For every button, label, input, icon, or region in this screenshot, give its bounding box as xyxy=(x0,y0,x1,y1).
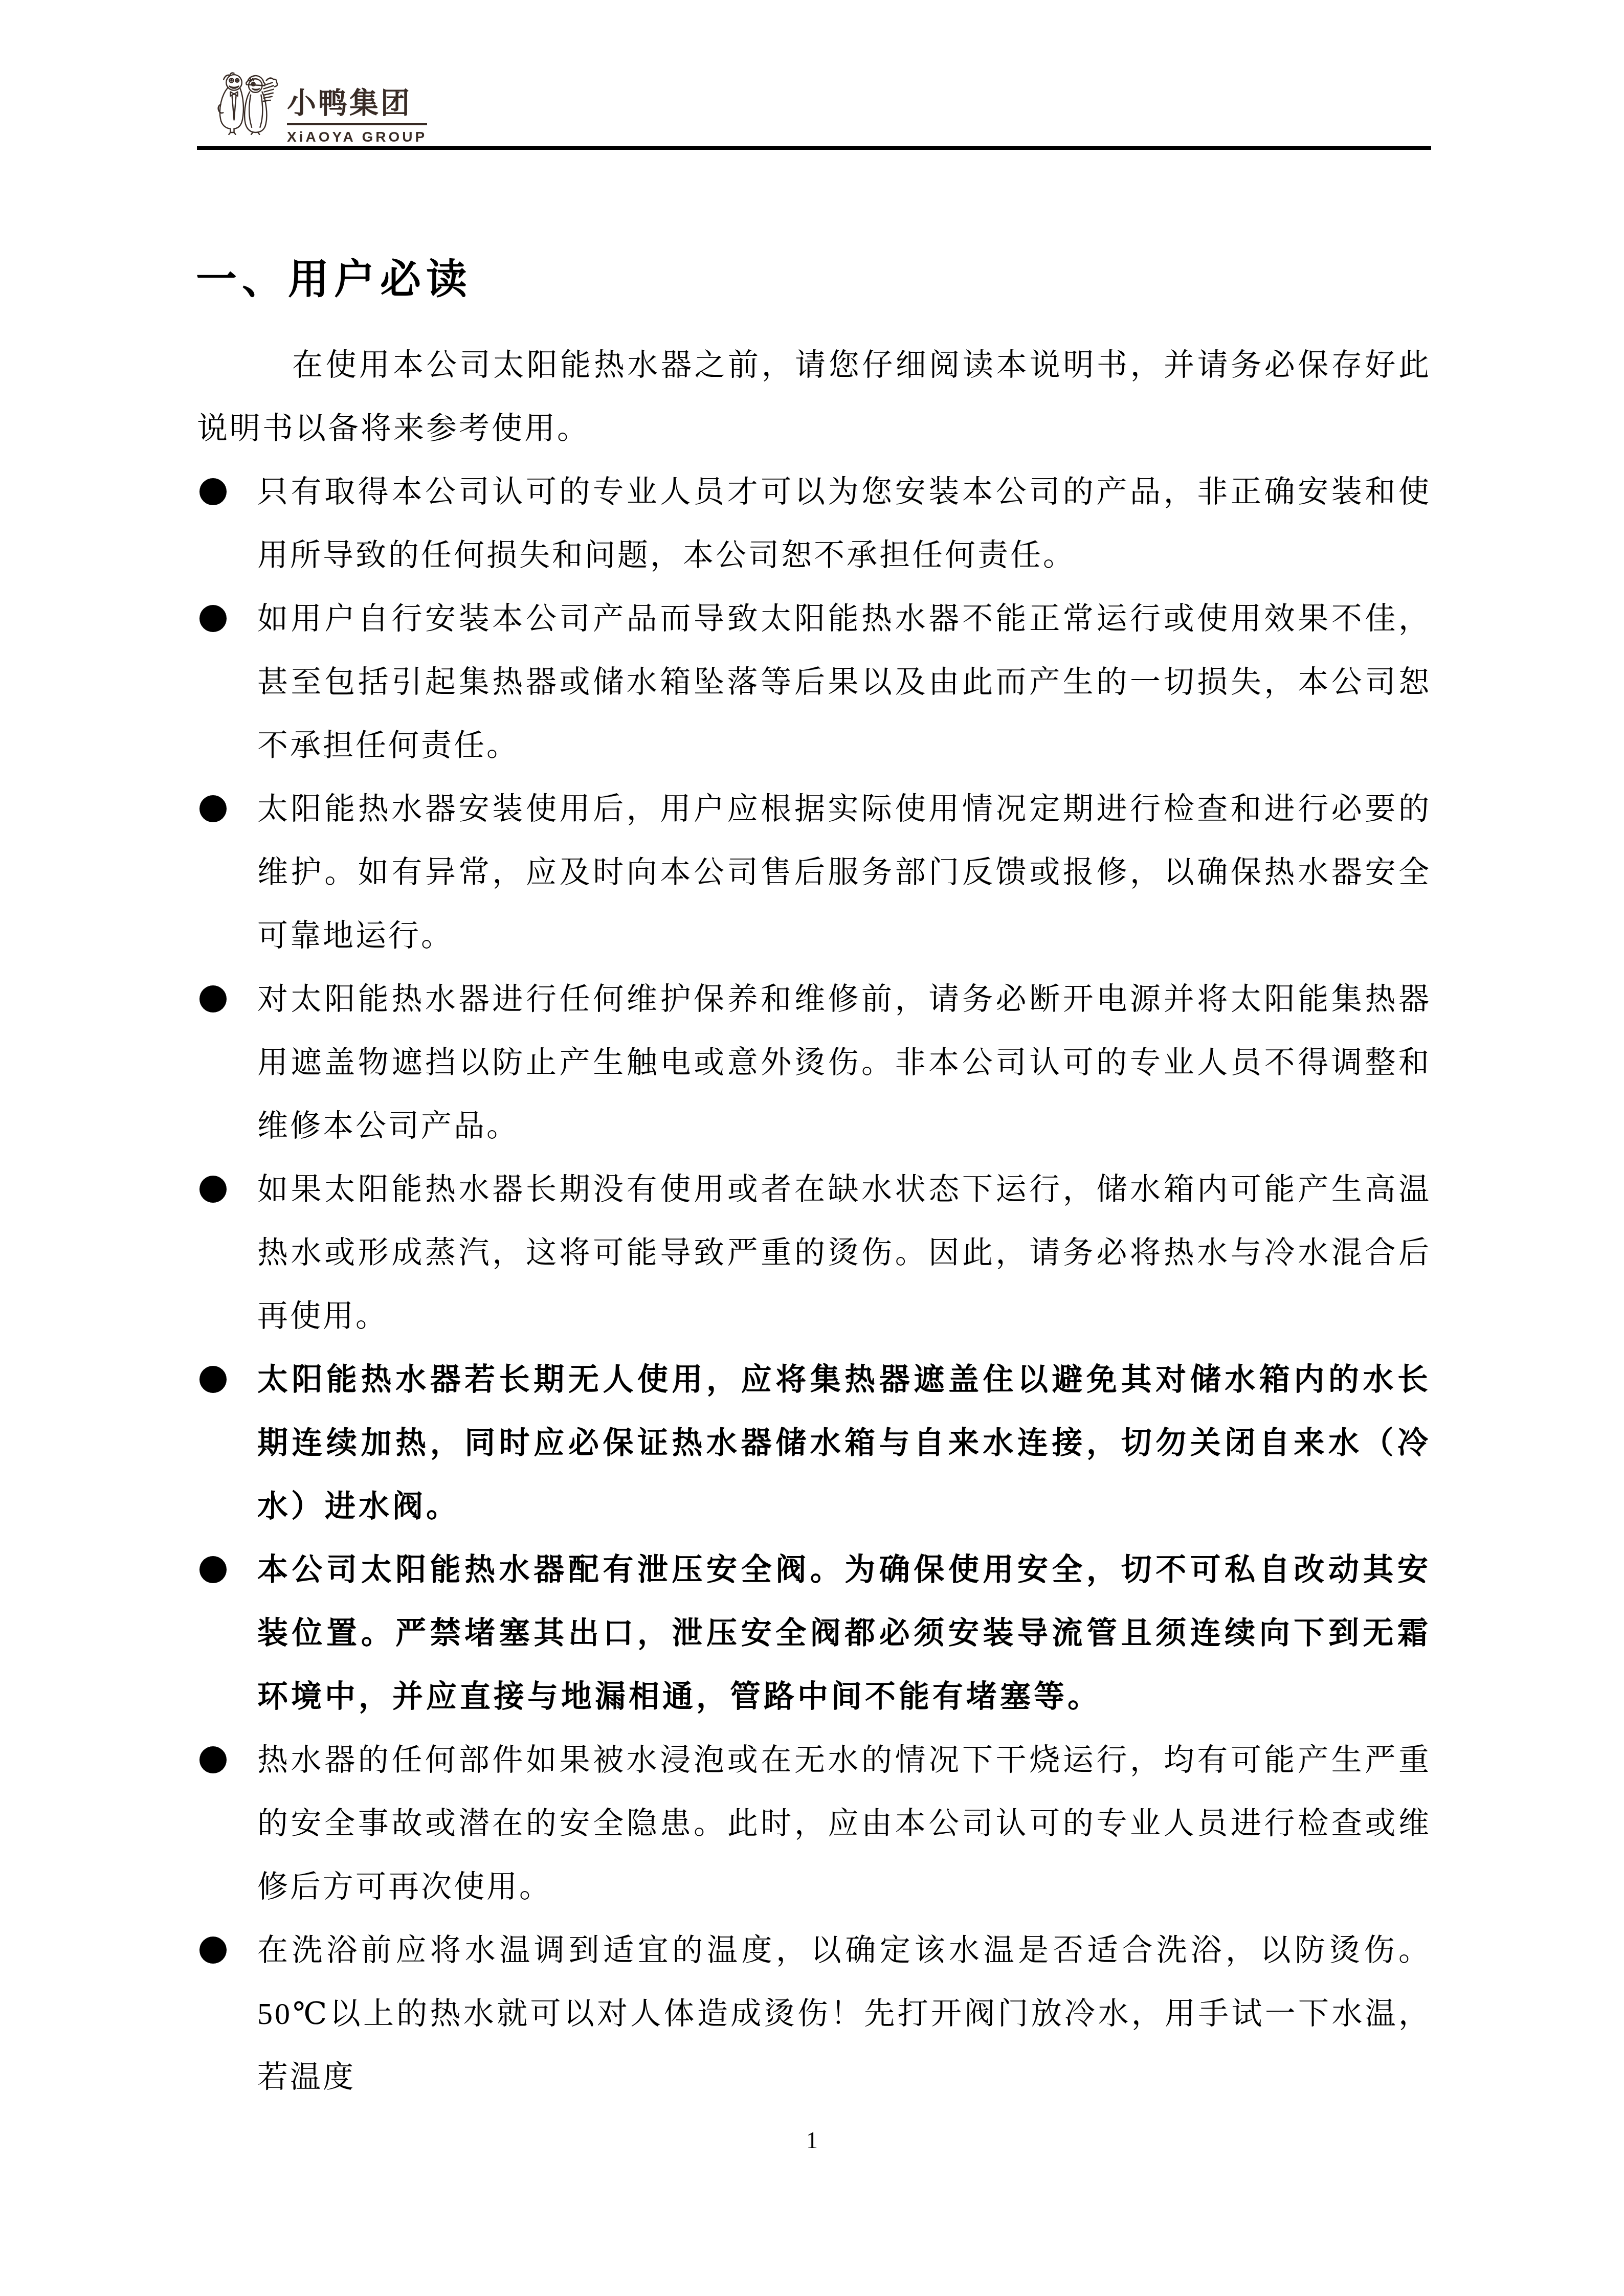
page-number: 1 xyxy=(0,2126,1624,2154)
bullet-item: 太阳能热水器安装使用后，用户应根据实际使用情况定期进行检查和进行必要的维护。如有… xyxy=(197,777,1431,967)
bullet-text: 太阳能热水器若长期无人使用，应将集热器遮盖住以避免其对储水箱内的水长期连续加热，… xyxy=(257,1362,1431,1523)
bullet-item: 本公司太阳能热水器配有泄压安全阀。为确保使用安全，切不可私自改动其安装位置。严禁… xyxy=(197,1538,1431,1728)
xiaoya-ducks-logo-icon xyxy=(216,70,279,135)
bullet-item: 对太阳能热水器进行任何维护保养和维修前，请务必断开电源并将太阳能集热器用遮盖物遮… xyxy=(197,967,1431,1158)
bullet-item: 热水器的任何部件如果被水浸泡或在无水的情况下干烧运行，均有可能产生严重的安全事故… xyxy=(197,1728,1431,1919)
bullet-item: 在洗浴前应将水温调到适宜的温度，以确定该水温是否适合洗浴，以防烫伤。50℃以上的… xyxy=(197,1919,1431,2109)
logo-underline xyxy=(287,123,427,125)
bullet-text: 如用户自行安装本公司产品而导致太阳能热水器不能正常运行或使用效果不佳，甚至包括引… xyxy=(257,602,1431,762)
section-title: 一、用户必读 xyxy=(196,259,472,300)
logo-english-name: XiAOYA GROUP xyxy=(287,129,427,145)
bullet-item: 如果太阳能热水器长期没有使用或者在缺水状态下运行，储水箱内可能产生高温热水或形成… xyxy=(197,1158,1431,1348)
bullet-text: 热水器的任何部件如果被水浸泡或在无水的情况下干烧运行，均有可能产生严重的安全事故… xyxy=(257,1743,1431,1904)
bullet-item: 太阳能热水器若长期无人使用，应将集热器遮盖住以避免其对储水箱内的水长期连续加热，… xyxy=(197,1348,1431,1538)
bullet-dot-icon xyxy=(199,1556,227,1583)
intro-paragraph: 在使用本公司太阳能热水器之前，请您仔细阅读本说明书，并请务必保存好此说明书以备将… xyxy=(197,333,1431,460)
logo-text-block: 小鸭集团 XiAOYA GROUP xyxy=(287,70,427,145)
bullet-dot-icon xyxy=(199,478,227,505)
bullet-list: 只有取得本公司认可的专业人员才可以为您安装本公司的产品，非正确安装和使用所导致的… xyxy=(197,460,1431,2109)
bullet-dot-icon xyxy=(199,1366,227,1393)
bullet-item: 如用户自行安装本公司产品而导致太阳能热水器不能正常运行或使用效果不佳，甚至包括引… xyxy=(197,587,1431,777)
manual-page: 小鸭集团 XiAOYA GROUP 一、用户必读 在使用本公司太阳能热水器之前，… xyxy=(0,0,1624,2296)
bullet-text: 对太阳能热水器进行任何维护保养和维修前，请务必断开电源并将太阳能集热器用遮盖物遮… xyxy=(257,982,1431,1143)
header-divider xyxy=(197,146,1431,150)
bullet-dot-icon xyxy=(199,795,227,822)
bullet-text: 只有取得本公司认可的专业人员才可以为您安装本公司的产品，非正确安装和使用所导致的… xyxy=(257,475,1431,572)
bullet-item: 只有取得本公司认可的专业人员才可以为您安装本公司的产品，非正确安装和使用所导致的… xyxy=(197,460,1431,587)
bullet-dot-icon xyxy=(199,1746,227,1773)
logo-chinese-name: 小鸭集团 xyxy=(287,89,427,118)
bullet-text: 太阳能热水器安装使用后，用户应根据实际使用情况定期进行检查和进行必要的维护。如有… xyxy=(257,792,1431,953)
company-logo: 小鸭集团 XiAOYA GROUP xyxy=(216,70,427,145)
bullet-dot-icon xyxy=(199,985,227,1012)
body-text: 在使用本公司太阳能热水器之前，请您仔细阅读本说明书，并请务必保存好此说明书以备将… xyxy=(197,333,1431,2109)
bullet-dot-icon xyxy=(199,605,227,632)
bullet-dot-icon xyxy=(199,1176,227,1203)
bullet-dot-icon xyxy=(199,1937,227,1964)
bullet-text: 本公司太阳能热水器配有泄压安全阀。为确保使用安全，切不可私自改动其安装位置。严禁… xyxy=(257,1552,1431,1714)
bullet-text: 如果太阳能热水器长期没有使用或者在缺水状态下运行，储水箱内可能产生高温热水或形成… xyxy=(257,1173,1431,1333)
bullet-text: 在洗浴前应将水温调到适宜的温度，以确定该水温是否适合洗浴，以防烫伤。50℃以上的… xyxy=(257,1933,1431,2094)
